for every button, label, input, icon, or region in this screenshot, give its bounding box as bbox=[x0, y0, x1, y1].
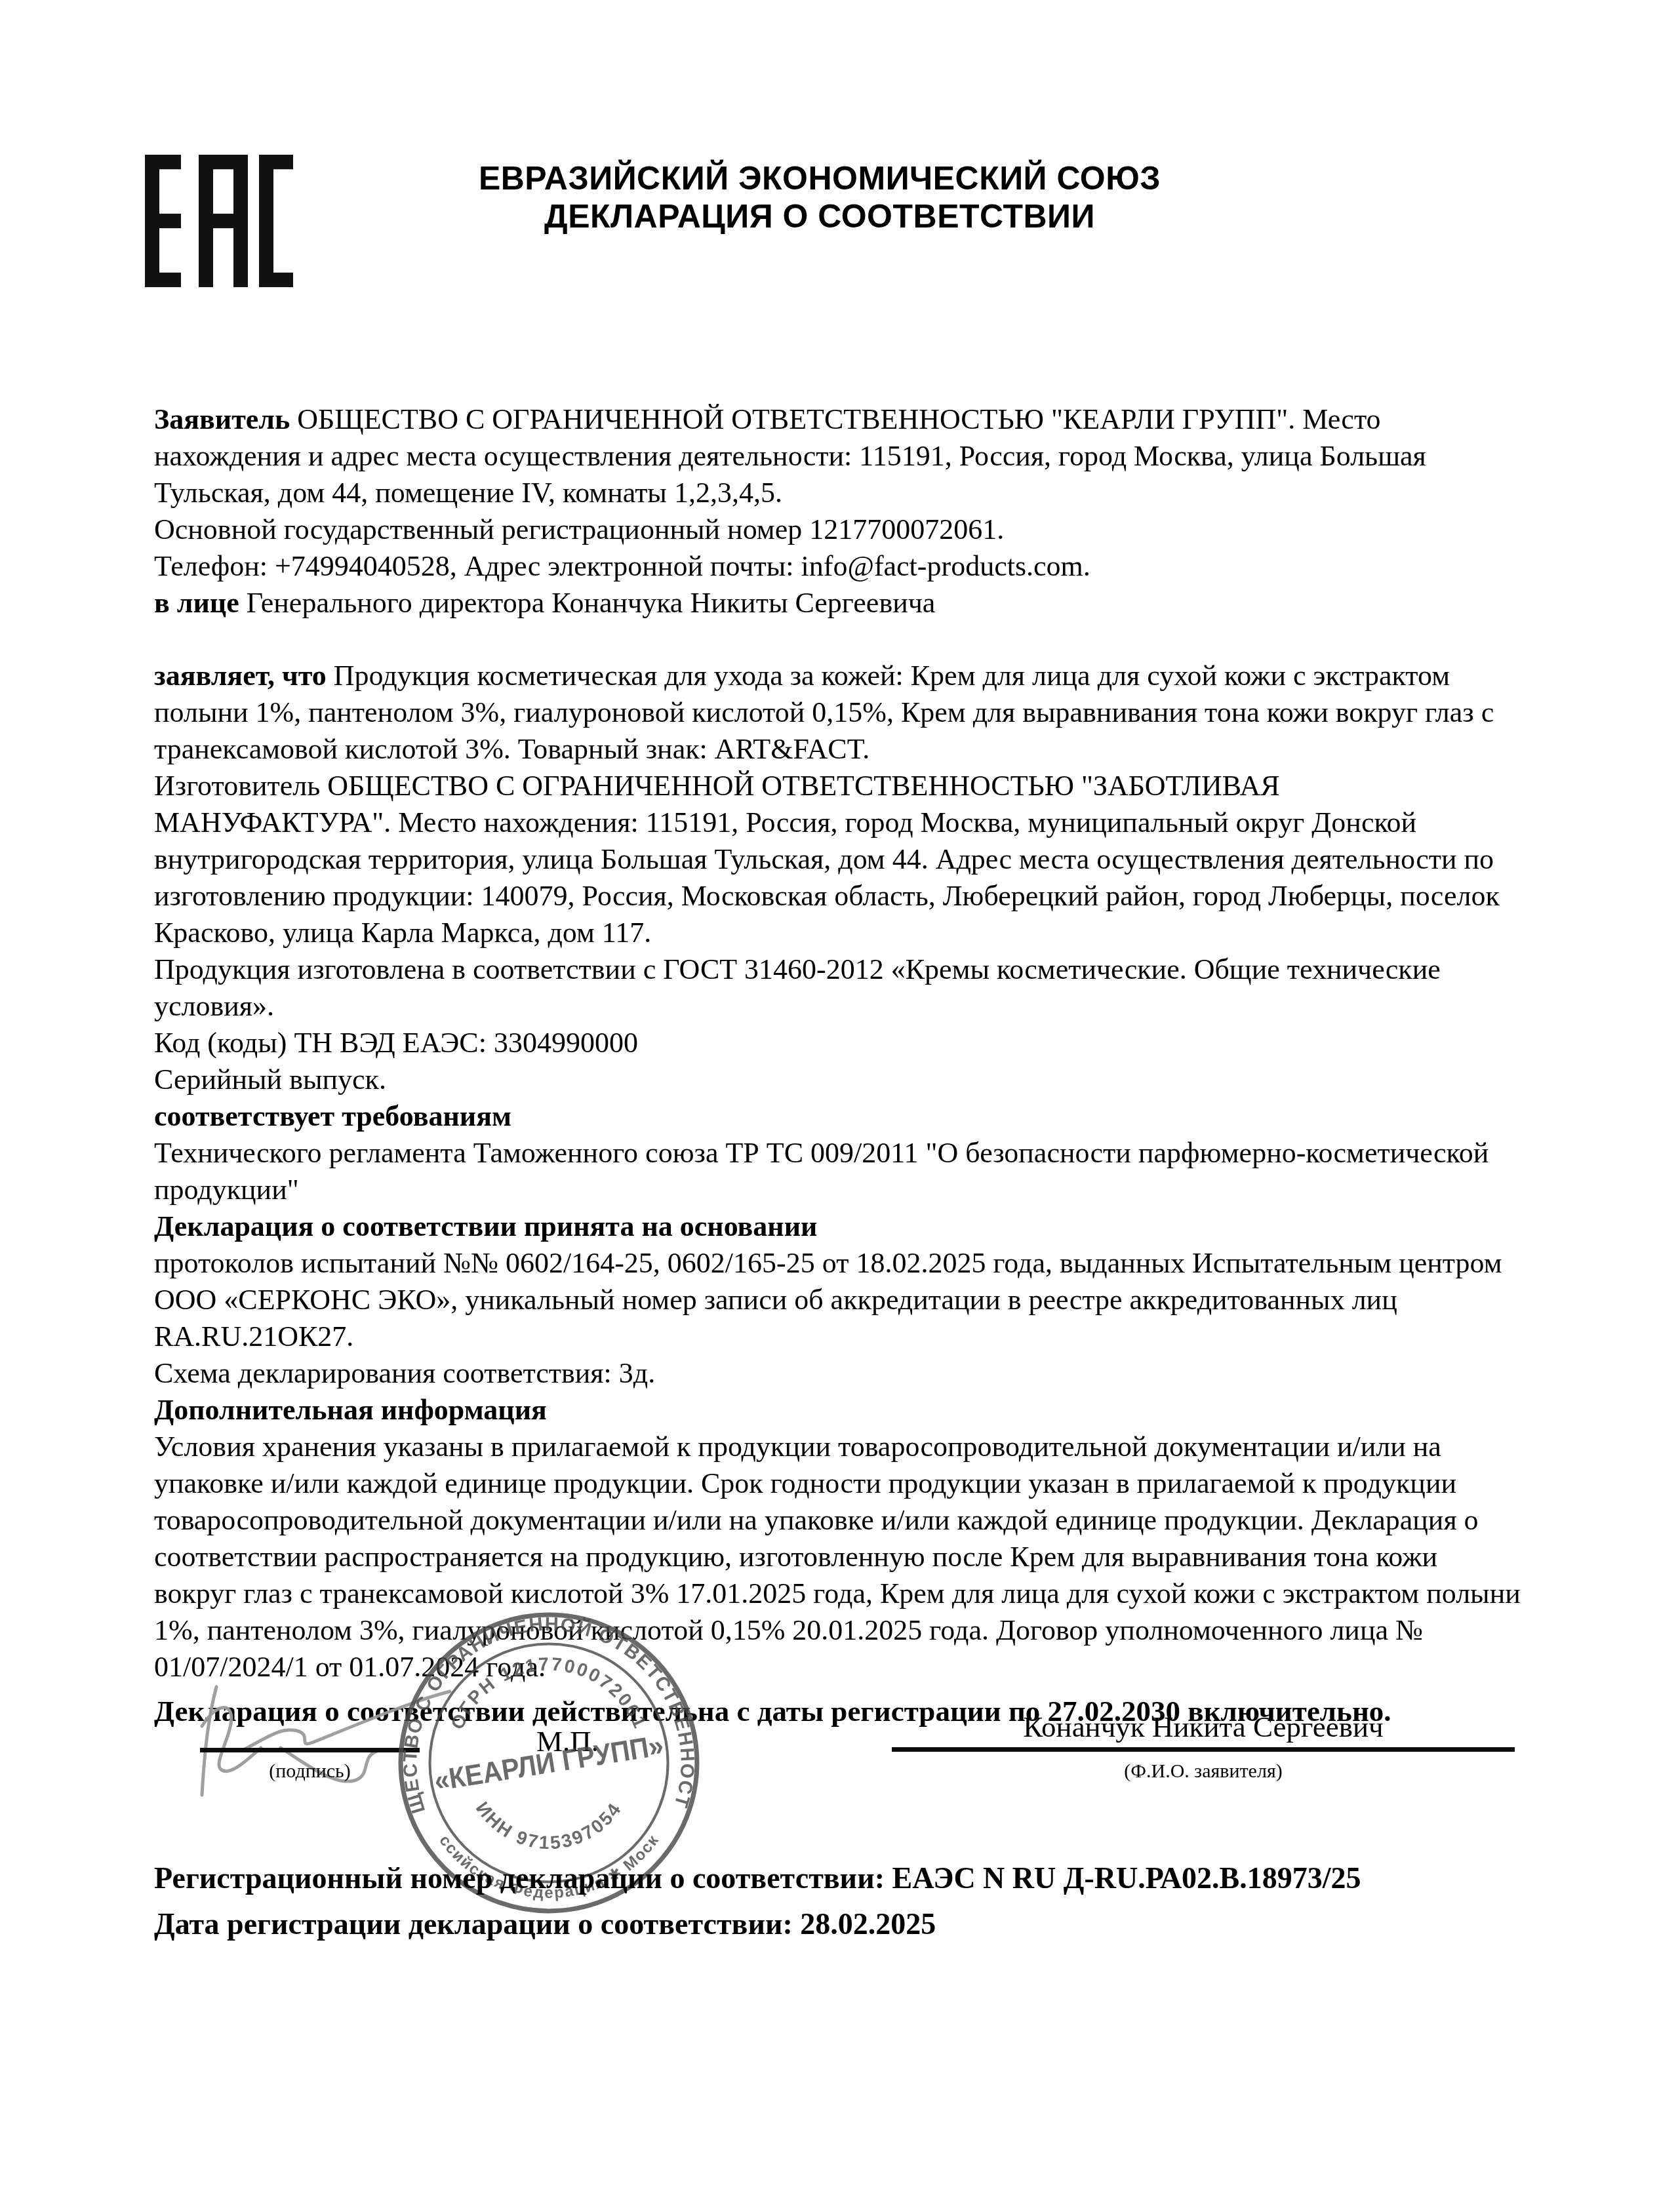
fio-caption: (Ф.И.О. заявителя) bbox=[892, 1760, 1515, 1783]
signature-line bbox=[200, 1748, 420, 1752]
applicant-contacts-line: Телефон: +74994040528, Адрес электронной… bbox=[154, 548, 1521, 585]
applicant-fio: Конанчук Никита Сергеевич bbox=[892, 1710, 1515, 1744]
product-description: Продукция косметическая для ухода за кож… bbox=[154, 660, 1494, 765]
stamp-inn-text: ИНН 9715397054 bbox=[472, 1798, 626, 1853]
signature-caption: (подпись) bbox=[200, 1760, 420, 1783]
registration-date-line: Дата регистрации декларации о соответств… bbox=[154, 1906, 1597, 1942]
compliance-heading: соответствует требованиям bbox=[154, 1098, 1521, 1135]
declares-label: заявляет, что bbox=[154, 660, 327, 692]
additional-info-heading: Дополнительная информация bbox=[154, 1392, 1521, 1429]
scheme-line: Схема декларирования соответствия: 3д. bbox=[154, 1355, 1521, 1392]
document-title: ЕВРАЗИЙСКИЙ ЭКОНОМИЧЕСКИЙ СОЮЗ ДЕКЛАРАЦИ… bbox=[302, 159, 1338, 235]
applicant-label: Заявитель bbox=[154, 403, 290, 435]
eac-mark-icon bbox=[145, 155, 293, 287]
applicant-ogrn-line: Основной государственный регистрационный… bbox=[154, 511, 1521, 548]
fio-line bbox=[892, 1747, 1515, 1752]
applicant-address: ОБЩЕСТВО С ОГРАНИЧЕННОЙ ОТВЕТСТВЕННОСТЬЮ… bbox=[154, 403, 1426, 509]
declares-paragraph: заявляет, что Продукция косметическая дл… bbox=[154, 658, 1521, 768]
manufacturer-paragraph: Изготовитель ОБЩЕСТВО С ОГРАНИЧЕННОЙ ОТВ… bbox=[154, 768, 1521, 951]
stamp-company-name: «КЕАРЛИ ГРУПП» bbox=[432, 1729, 666, 1798]
basis-text: протоколов испытаний №№ 0602/164-25, 060… bbox=[154, 1245, 1521, 1355]
gost-paragraph: Продукция изготовлена в соответствии с Г… bbox=[154, 951, 1521, 1025]
tnved-code-line: Код (коды) ТН ВЭД ЕАЭС: 3304990000 bbox=[154, 1025, 1521, 1061]
title-declaration: ДЕКЛАРАЦИЯ О СООТВЕТСТВИИ bbox=[302, 197, 1338, 235]
declaration-document: ЕВРАЗИЙСКИЙ ЭКОНОМИЧЕСКИЙ СОЮЗ ДЕКЛАРАЦИ… bbox=[0, 0, 1659, 2212]
in-person-text: Генерального директора Конанчука Никиты … bbox=[247, 587, 936, 619]
applicant-paragraph: Заявитель ОБЩЕСТВО С ОГРАНИЧЕННОЙ ОТВЕТС… bbox=[154, 401, 1521, 511]
stamp-ogrn-text: ОГРН 1217700072061 bbox=[446, 1653, 651, 1733]
compliance-text: Технического регламента Таможенного союз… bbox=[154, 1135, 1521, 1208]
in-person-label: в лице bbox=[154, 587, 239, 619]
basis-heading: Декларация о соответствии принята на осн… bbox=[154, 1208, 1521, 1245]
document-body: Заявитель ОБЩЕСТВО С ОГРАНИЧЕННОЙ ОТВЕТС… bbox=[154, 401, 1521, 1686]
serial-release-line: Серийный выпуск. bbox=[154, 1061, 1521, 1098]
title-union: ЕВРАЗИЙСКИЙ ЭКОНОМИЧЕСКИЙ СОЮЗ bbox=[302, 159, 1338, 197]
applicant-in-person-line: в лице Генерального директора Конанчука … bbox=[154, 585, 1521, 622]
registration-number-line: Регистрационный номер декларации о соотв… bbox=[154, 1861, 1597, 1896]
additional-info-text: Условия хранения указаны в прилагаемой к… bbox=[154, 1429, 1521, 1686]
